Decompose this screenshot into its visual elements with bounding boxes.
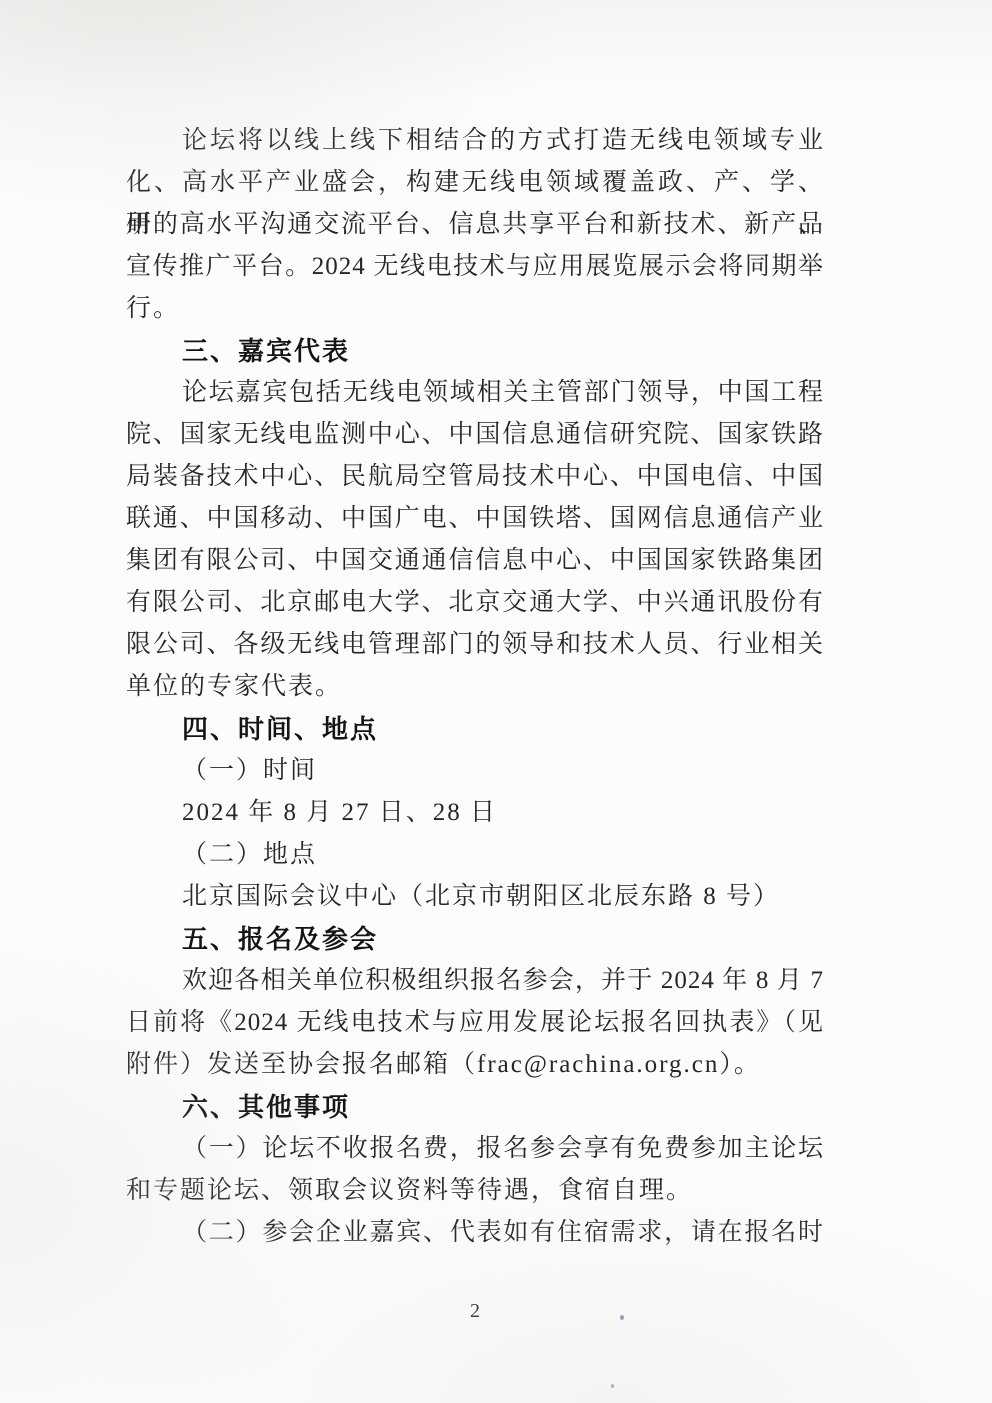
text-line-venue: 北京国际会议中心（北京市朝阳区北辰东路 8 号） <box>126 876 824 918</box>
text-line-time-label: （一）时间 <box>126 750 824 792</box>
text-line-email: 附件）发送至协会报名邮箱（frac@rachina.org.cn）。 <box>126 1044 824 1086</box>
text-line-date: 2024 年 8 月 27 日、28 日 <box>126 792 824 834</box>
text-line: 局装备技术中心、民航局空管局技术中心、中国电信、中国 <box>126 456 824 498</box>
text-line: 宣传推广平台。2024 无线电技术与应用展览展示会将同期举 <box>126 246 824 288</box>
text-line: 单位的专家代表。 <box>126 666 824 708</box>
text-line: 院、国家无线电监测中心、中国信息通信研究院、国家铁路 <box>126 414 824 456</box>
text-line: （二）参会企业嘉宾、代表如有住宿需求，请在报名时 <box>126 1212 824 1254</box>
text-line: （一）论坛不收报名费，报名参会享有免费参加主论坛 <box>126 1128 824 1170</box>
scan-speck <box>620 1315 624 1320</box>
text-line: 日前将《2024 无线电技术与应用发展论坛报名回执表》（见 <box>126 1002 824 1044</box>
document-page: 论坛将以线上线下相结合的方式打造无线电领域专业 化、高水平产业盛会，构建无线电领… <box>0 0 992 1403</box>
text-line: 有限公司、北京邮电大学、北京交通大学、中兴通讯股份有 <box>126 582 824 624</box>
text-line: 集团有限公司、中国交通通信信息中心、中国国家铁路集团 <box>126 540 824 582</box>
heading-registration: 五、报名及参会 <box>126 918 824 960</box>
text-line: 欢迎各相关单位积极组织报名参会，并于 2024 年 8 月 7 <box>126 960 824 1002</box>
text-line: 限公司、各级无线电管理部门的领导和技术人员、行业相关 <box>126 624 824 666</box>
heading-guests: 三、嘉宾代表 <box>126 330 824 372</box>
text-line: 联通、中国移动、中国广电、中国铁塔、国网信息通信产业 <box>126 498 824 540</box>
text-line: 论坛嘉宾包括无线电领域相关主管部门领导，中国工程 <box>126 372 824 414</box>
text-block: 论坛将以线上线下相结合的方式打造无线电领域专业 化、高水平产业盛会，构建无线电领… <box>126 120 824 1254</box>
text-line: 化、高水平产业盛会，构建无线电领域覆盖政、产、学、研、 <box>126 162 824 204</box>
text-line-place-label: （二）地点 <box>126 834 824 876</box>
scan-speck <box>611 1384 614 1388</box>
text-line: 论坛将以线上线下相结合的方式打造无线电领域专业 <box>126 120 824 162</box>
page-number: 2 <box>126 1296 824 1326</box>
text-line: 用的高水平沟通交流平台、信息共享平台和新技术、新产品 <box>126 204 824 246</box>
heading-time-place: 四、时间、地点 <box>126 708 824 750</box>
text-line: 和专题论坛、领取会议资料等待遇，食宿自理。 <box>126 1170 824 1212</box>
text-line: 行。 <box>126 288 824 330</box>
heading-other: 六、其他事项 <box>126 1086 824 1128</box>
